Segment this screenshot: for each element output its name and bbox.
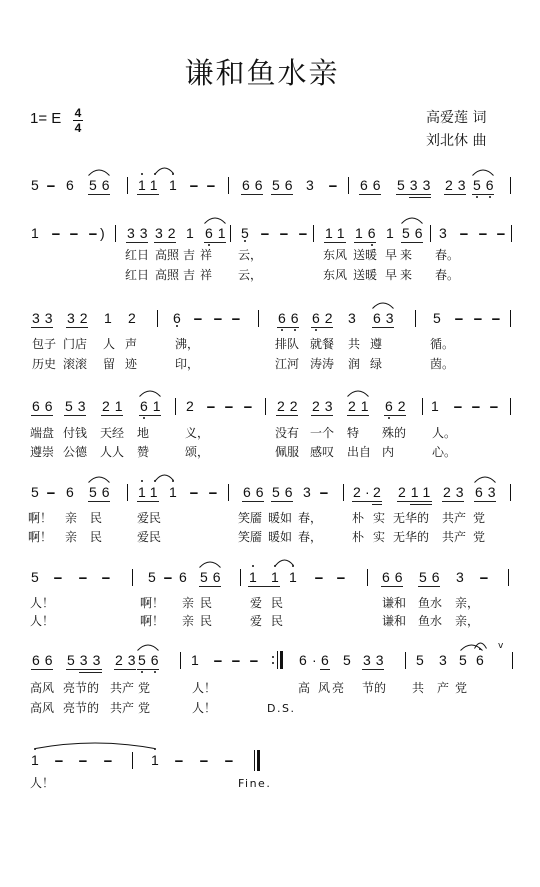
lyric-verse-1: 人！ bbox=[30, 777, 54, 790]
note-group: 6 bbox=[66, 485, 79, 499]
lyric-verse-1: 亲， bbox=[455, 597, 479, 610]
note-group: 5 bbox=[241, 226, 254, 240]
note-group: 2 bbox=[186, 399, 199, 413]
lyric-verse-1: 节的 bbox=[362, 682, 386, 695]
barline bbox=[511, 225, 512, 242]
sustain-dash: - bbox=[78, 570, 88, 584]
sustain-dash: - bbox=[453, 399, 463, 413]
lyric-verse-2: 公德 bbox=[63, 446, 87, 459]
barline bbox=[510, 177, 511, 194]
eighth-beam-underline bbox=[137, 501, 159, 502]
lyric-verse-1: 人 bbox=[103, 338, 115, 351]
eighth-beam-underline bbox=[114, 669, 136, 670]
breath-mark: v bbox=[498, 641, 505, 652]
lyric-verse-2: 吉 bbox=[183, 269, 195, 282]
eighth-beam-underline bbox=[88, 194, 110, 195]
eighth-beam-underline bbox=[31, 327, 53, 328]
note-group: 21 bbox=[348, 399, 374, 413]
barline bbox=[115, 225, 116, 242]
eighth-beam-underline bbox=[444, 194, 466, 195]
lyric-verse-2: 共产 bbox=[442, 531, 466, 544]
sustain-dash: - bbox=[46, 485, 56, 499]
sustain-dash: - bbox=[224, 753, 234, 767]
barline bbox=[258, 310, 259, 327]
lyric-verse-2: 亲 bbox=[182, 615, 194, 628]
eighth-beam-underline bbox=[372, 327, 394, 328]
note-group: 66 bbox=[278, 311, 304, 325]
lyric-verse-2: 感叹 bbox=[310, 446, 334, 459]
lyric-verse-1: 一个 bbox=[310, 427, 334, 440]
sustain-dash: - bbox=[224, 399, 234, 413]
note-group: 66 bbox=[243, 485, 269, 499]
note-group: 211 bbox=[398, 485, 435, 499]
eighth-beam-underline bbox=[276, 415, 298, 416]
lyric-verse-2: 民 bbox=[200, 615, 212, 628]
lyric-verse-1: 端盘 bbox=[30, 427, 54, 440]
lyric-verse-1: 无华的 bbox=[393, 512, 429, 525]
sustain-dash: - bbox=[101, 570, 111, 584]
lyric-verse-2: 出自 bbox=[347, 446, 371, 459]
lyric-verse-1: 来 bbox=[400, 249, 412, 262]
note-group: 3 bbox=[439, 653, 452, 667]
high-octave-dot bbox=[141, 173, 143, 175]
lyric-verse-1: 云， bbox=[238, 249, 262, 262]
lyric-verse-2: 无华的 bbox=[393, 531, 429, 544]
sustain-dash: - bbox=[53, 570, 63, 584]
sustain-dash: - bbox=[319, 485, 329, 499]
note-group: 61 bbox=[140, 399, 166, 413]
eighth-beam-underline bbox=[271, 194, 293, 195]
lyric-verse-1: 啊！ bbox=[28, 512, 52, 525]
barline bbox=[132, 569, 133, 586]
lyric-verse-1: 民 bbox=[90, 512, 102, 525]
note-group: 53 bbox=[65, 399, 91, 413]
note-group: 1 bbox=[271, 570, 284, 584]
lyric-verse-2: 内 bbox=[382, 446, 394, 459]
slur-tie-arc bbox=[401, 215, 423, 224]
lyric-verse-2: 东风 bbox=[323, 269, 347, 282]
note-group: 23 bbox=[445, 178, 471, 192]
note-group: 66 bbox=[242, 178, 268, 192]
final-barline-thin bbox=[254, 750, 255, 771]
lyric-verse-1: 高风 bbox=[30, 682, 54, 695]
lyric-verse-2: 春。 bbox=[435, 269, 459, 282]
lyric-verse-2: 江河 bbox=[275, 358, 299, 371]
slur-tie-arc bbox=[474, 474, 496, 483]
lyric-verse-2: 共产 bbox=[110, 702, 134, 715]
eighth-beam-underline bbox=[204, 242, 226, 243]
lyric-verse-1: 循。 bbox=[430, 338, 454, 351]
barline bbox=[228, 177, 229, 194]
lyric-verse-2: 实 bbox=[373, 531, 385, 544]
lyric-verse-1: 啊！ bbox=[140, 597, 164, 610]
lyric-verse-1: 爱 bbox=[250, 597, 262, 610]
lyric-verse-1: 就餐 bbox=[310, 338, 334, 351]
lyric-verse-1: 吉 bbox=[183, 249, 195, 262]
lyric-verse-1: 共 bbox=[348, 338, 360, 351]
lyric-verse-2: 佩服 bbox=[275, 446, 299, 459]
lyric-verse-1: 共产 bbox=[442, 512, 466, 525]
eighth-beam-underline bbox=[101, 415, 123, 416]
sustain-dash: - bbox=[231, 653, 241, 667]
note-group: 21 bbox=[102, 399, 128, 413]
lyric-verse-1: 祥 bbox=[200, 249, 212, 262]
low-octave-dot bbox=[143, 417, 145, 419]
low-octave-dot bbox=[208, 244, 210, 246]
lyric-verse-1: 谦和 bbox=[382, 597, 406, 610]
eighth-beam-underline bbox=[381, 586, 403, 587]
lyric-verse-1: 沸， bbox=[175, 338, 199, 351]
note-group: 56 bbox=[89, 178, 115, 192]
note-group: 1 bbox=[249, 570, 262, 584]
sustain-dash: - bbox=[478, 226, 488, 240]
sustain-dash: - bbox=[189, 485, 199, 499]
note-group: 32 bbox=[67, 311, 93, 325]
note-group: 5 bbox=[31, 485, 44, 499]
barline bbox=[367, 569, 368, 586]
lyric-verse-1: 产 bbox=[437, 682, 449, 695]
note-group: 66 bbox=[32, 653, 58, 667]
note-group: 66 bbox=[360, 178, 386, 192]
note-group: 33 bbox=[127, 226, 153, 240]
eighth-beam-underline bbox=[64, 415, 86, 416]
sustain-dash: - bbox=[336, 570, 346, 584]
note-group: 56 bbox=[272, 485, 298, 499]
lyric-verse-1: 人。 bbox=[432, 427, 456, 440]
repeat-end-barline-thin bbox=[277, 651, 278, 669]
low-octave-dot bbox=[315, 329, 317, 331]
lyric-verse-1: 亮 bbox=[332, 682, 344, 695]
barline bbox=[230, 225, 231, 242]
note-group: 2 bbox=[353, 485, 366, 499]
lyric-verse-1: 东风 bbox=[323, 249, 347, 262]
sustain-dash: - bbox=[46, 178, 56, 192]
eighth-beam-underline bbox=[241, 194, 263, 195]
note-group: 56 bbox=[272, 178, 298, 192]
note-group: 16 bbox=[355, 226, 381, 240]
lyric-verse-1: 暖如 bbox=[268, 512, 292, 525]
slur-tie-arc bbox=[139, 388, 161, 397]
lyric-verse-2: 赞 bbox=[137, 446, 149, 459]
barline bbox=[422, 398, 423, 415]
lyric-verse-1: 没有 bbox=[275, 427, 299, 440]
note-group: 1 bbox=[169, 178, 182, 192]
sustain-dash: - bbox=[249, 653, 259, 667]
lyric-verse-2: 迹 bbox=[125, 358, 137, 371]
lyric-verse-2: 人人 bbox=[100, 446, 124, 459]
eighth-beam-underline bbox=[311, 415, 333, 416]
lyric-verse-2: 党 bbox=[138, 702, 150, 715]
slur-tie-arc bbox=[88, 474, 110, 483]
slur-tie-arc bbox=[155, 165, 174, 174]
eighth-beam-underline bbox=[271, 501, 293, 502]
eighth-beam-underline bbox=[474, 501, 496, 502]
repeat-dot bbox=[272, 662, 274, 664]
sheet-music-page: 谦和鱼水亲 1= E 4 4 高爱莲 词 刘北休 曲 5-656111--665… bbox=[0, 0, 540, 887]
lyric-verse-2: 暖如 bbox=[268, 531, 292, 544]
lyric-verse-1: 党 bbox=[455, 682, 467, 695]
note-group: 6 bbox=[179, 570, 192, 584]
slur-tie-arc bbox=[347, 388, 369, 397]
note-group: 5 bbox=[343, 653, 356, 667]
lyric-verse-2: 笑靥 bbox=[238, 531, 262, 544]
note-group: 1 bbox=[151, 753, 164, 767]
note-group: 63 bbox=[373, 311, 399, 325]
note-group: 2 bbox=[373, 485, 386, 499]
lyric-verse-1: 声 bbox=[125, 338, 137, 351]
barline bbox=[510, 398, 511, 415]
eighth-beam-underline bbox=[199, 586, 221, 587]
eighth-beam-underline bbox=[31, 669, 53, 670]
note-group: 1 bbox=[104, 311, 117, 325]
low-octave-dot bbox=[244, 240, 246, 242]
lyric-verse-1: 义， bbox=[185, 427, 209, 440]
lyric-verse-2: 人！ bbox=[192, 702, 216, 715]
lyric-verse-1: 排队 bbox=[275, 338, 299, 351]
lyric-verse-1: 红日 bbox=[125, 249, 149, 262]
sustain-dash: - bbox=[328, 178, 338, 192]
low-octave-dot bbox=[388, 417, 390, 419]
sustain-dash: - bbox=[193, 311, 203, 325]
lyric-verse-2: 绿 bbox=[370, 358, 382, 371]
sustain-dash: - bbox=[243, 399, 253, 413]
slur-tie-arc bbox=[199, 559, 221, 568]
barline bbox=[510, 310, 511, 327]
note-group: 6 bbox=[173, 311, 186, 325]
barline bbox=[348, 177, 349, 194]
lyric-verse-1: 亲 bbox=[65, 512, 77, 525]
lyric-verse-1: 人！ bbox=[30, 597, 54, 610]
note-group: 2 bbox=[128, 311, 141, 325]
sixteenth-beam-underline bbox=[409, 197, 431, 198]
lyric-verse-1: 殊的 bbox=[382, 427, 406, 440]
lyric-verse-1: 党 bbox=[138, 682, 150, 695]
lyric-verse-1: 亮节的 bbox=[63, 682, 99, 695]
lyric-verse-1: 春， bbox=[298, 512, 322, 525]
slur-tie-arc bbox=[372, 300, 394, 309]
lyric-verse-1: 特 bbox=[347, 427, 359, 440]
lyric-verse-2: 啊！ bbox=[28, 531, 52, 544]
lyric-verse-1: 包子 bbox=[32, 338, 56, 351]
lyric-verse-1: 实 bbox=[373, 512, 385, 525]
lyric-verse-2: 亲， bbox=[455, 615, 479, 628]
note-group: 33 bbox=[32, 311, 58, 325]
note-group: 11 bbox=[325, 226, 350, 240]
sustain-dash: - bbox=[174, 753, 184, 767]
note-group: 3 bbox=[303, 485, 316, 499]
note-group: 1 bbox=[191, 653, 204, 667]
lyric-verse-1: 人！ bbox=[192, 682, 216, 695]
note-group: 1 bbox=[289, 570, 302, 584]
lyric-verse-2: 亲 bbox=[65, 531, 77, 544]
note-group: 22 bbox=[277, 399, 303, 413]
eighth-beam-underline bbox=[137, 194, 159, 195]
eighth-beam-underline bbox=[354, 242, 376, 243]
lyric-verse-2: 民 bbox=[90, 531, 102, 544]
note-group: 62 bbox=[385, 399, 411, 413]
lyric-verse-1: 门店 bbox=[63, 338, 87, 351]
barline bbox=[405, 652, 406, 669]
lyric-verse-1: 党 bbox=[473, 512, 485, 525]
note-group: 6 bbox=[321, 653, 334, 667]
sustain-dash: - bbox=[489, 399, 499, 413]
barline bbox=[132, 752, 133, 769]
slur-tie-arc bbox=[88, 167, 110, 176]
note-group: 1 bbox=[31, 753, 44, 767]
lyric-verse-1: 亲 bbox=[182, 597, 194, 610]
barline bbox=[512, 652, 513, 669]
lyric-verse-1: 春。 bbox=[435, 249, 459, 262]
lyric-verse-2: 鱼水 bbox=[418, 615, 442, 628]
eighth-beam-underline bbox=[401, 242, 423, 243]
sustain-dash: - bbox=[213, 311, 223, 325]
barline bbox=[415, 310, 416, 327]
note-group: 533 bbox=[67, 653, 105, 667]
lyric-verse-1: 遵 bbox=[370, 338, 382, 351]
sustain-dash: - bbox=[54, 753, 64, 767]
sustain-dash: - bbox=[213, 653, 223, 667]
sustain-dash: - bbox=[260, 226, 270, 240]
low-octave-dot bbox=[154, 671, 156, 673]
lyric-verse-2: 涛涛 bbox=[310, 358, 334, 371]
sustain-dash: - bbox=[298, 226, 308, 240]
eighth-beam-underline bbox=[418, 586, 440, 587]
note-group: 5 bbox=[416, 653, 429, 667]
lyric-verse-1: 地 bbox=[137, 427, 149, 440]
note-group: 62 bbox=[312, 311, 338, 325]
note-group: 23 bbox=[115, 653, 141, 667]
eighth-beam-underline bbox=[396, 194, 431, 195]
lyric-verse-2: 留 bbox=[103, 358, 115, 371]
eighth-beam-underline bbox=[362, 669, 384, 670]
eighth-beam-underline bbox=[242, 501, 264, 502]
sustain-dash: - bbox=[479, 570, 489, 584]
slur-tie-arc bbox=[35, 740, 155, 749]
sustain-dash: - bbox=[279, 226, 289, 240]
barline bbox=[510, 484, 511, 501]
sustain-dash: - bbox=[496, 226, 506, 240]
lyric-verse-1: 付钱 bbox=[63, 427, 87, 440]
eighth-beam-underline bbox=[88, 501, 110, 502]
note-group: 56 bbox=[402, 226, 428, 240]
note-group: 63 bbox=[475, 485, 501, 499]
lyric-verse-2: 颂， bbox=[185, 446, 209, 459]
lyric-verse-1: 笑靥 bbox=[238, 512, 262, 525]
fine-marking: Fine. bbox=[238, 777, 271, 790]
lyric-verse-2: 春， bbox=[298, 531, 322, 544]
barline bbox=[240, 569, 241, 586]
slur-tie-arc bbox=[137, 642, 159, 651]
low-octave-dot bbox=[141, 671, 143, 673]
eighth-beam-underline bbox=[472, 194, 494, 195]
lyric-verse-1: 鱼水 bbox=[418, 597, 442, 610]
low-octave-dot bbox=[281, 329, 283, 331]
note-group: 1 bbox=[31, 226, 44, 240]
eighth-beam-underline bbox=[139, 415, 161, 416]
lyric-verse-1: 早 bbox=[385, 249, 397, 262]
note-group: 32 bbox=[155, 226, 181, 240]
lyric-verse-1: 高照 bbox=[155, 249, 179, 262]
eighth-beam-underline bbox=[66, 327, 88, 328]
sustain-dash: - bbox=[454, 311, 464, 325]
barline bbox=[157, 310, 158, 327]
lyric-verse-2: 润 bbox=[348, 358, 360, 371]
sixteenth-beam-underline bbox=[79, 672, 102, 673]
barline bbox=[127, 177, 128, 194]
lyric-verse-2: 心。 bbox=[432, 446, 456, 459]
eighth-beam-underline bbox=[154, 242, 176, 243]
sustain-dash: - bbox=[189, 178, 199, 192]
note-group: 5 bbox=[31, 178, 44, 192]
slur-tie-arc bbox=[472, 167, 494, 176]
note-group: 5 bbox=[459, 653, 472, 667]
eighth-beam-underline bbox=[397, 501, 432, 502]
barline bbox=[313, 225, 314, 242]
lyric-verse-2: 爱民 bbox=[137, 531, 161, 544]
barline bbox=[175, 398, 176, 415]
eighth-beam-underline bbox=[442, 501, 464, 502]
note-group: 5 bbox=[148, 570, 161, 584]
lyric-verse-1: 高 bbox=[298, 682, 310, 695]
eighth-beam-underline bbox=[277, 327, 299, 328]
lyric-verse-2: 亮节的 bbox=[63, 702, 99, 715]
lyric-verse-1: 共产 bbox=[110, 682, 134, 695]
sustain-dash: - bbox=[208, 485, 218, 499]
note-group: 11 bbox=[138, 485, 163, 499]
note-group: 56 bbox=[200, 570, 226, 584]
lyricist-credit: 高爱莲 词 bbox=[426, 110, 486, 126]
lyric-verse-2: 红日 bbox=[125, 269, 149, 282]
slur-tie-arc bbox=[474, 640, 487, 649]
barline bbox=[228, 484, 229, 501]
lyric-verse-2: 茵。 bbox=[430, 358, 454, 371]
high-octave-dot bbox=[141, 480, 143, 482]
note-group: 1 bbox=[386, 226, 399, 240]
barline bbox=[180, 652, 181, 669]
note-group: 11 bbox=[138, 178, 163, 192]
note-group: 23 bbox=[312, 399, 338, 413]
eighth-beam-underline bbox=[352, 501, 382, 502]
sustain-dash: - bbox=[51, 226, 61, 240]
lyric-verse-2: 印， bbox=[175, 358, 199, 371]
note-group: 56 bbox=[419, 570, 445, 584]
sustain-dash: - bbox=[314, 570, 324, 584]
note-group: 3 bbox=[348, 311, 361, 325]
note-group: 23 bbox=[443, 485, 469, 499]
sixteenth-beam-underline bbox=[410, 504, 432, 505]
barline bbox=[508, 569, 509, 586]
eighth-beam-underline bbox=[324, 242, 346, 243]
lyric-verse-1: 天经 bbox=[100, 427, 124, 440]
note-group: 66 bbox=[382, 570, 408, 584]
lyric-verse-2: 民 bbox=[271, 615, 283, 628]
eighth-beam-underline bbox=[359, 194, 381, 195]
note-group: 56 bbox=[473, 178, 499, 192]
note-group: 3 bbox=[456, 570, 469, 584]
sustain-dash: - bbox=[491, 311, 501, 325]
lyric-verse-2: 爱 bbox=[250, 615, 262, 628]
low-octave-dot bbox=[489, 196, 491, 198]
final-barline-thick bbox=[257, 750, 260, 771]
barline bbox=[343, 484, 344, 501]
note-group: 1 bbox=[186, 226, 199, 240]
lyric-verse-1: 风 bbox=[318, 682, 330, 695]
sustain-dash: - bbox=[199, 753, 209, 767]
key-signature: 1= E bbox=[30, 111, 61, 126]
note-group: 6 bbox=[299, 653, 312, 667]
eighth-beam-underline bbox=[320, 669, 330, 670]
low-octave-dot bbox=[294, 329, 296, 331]
